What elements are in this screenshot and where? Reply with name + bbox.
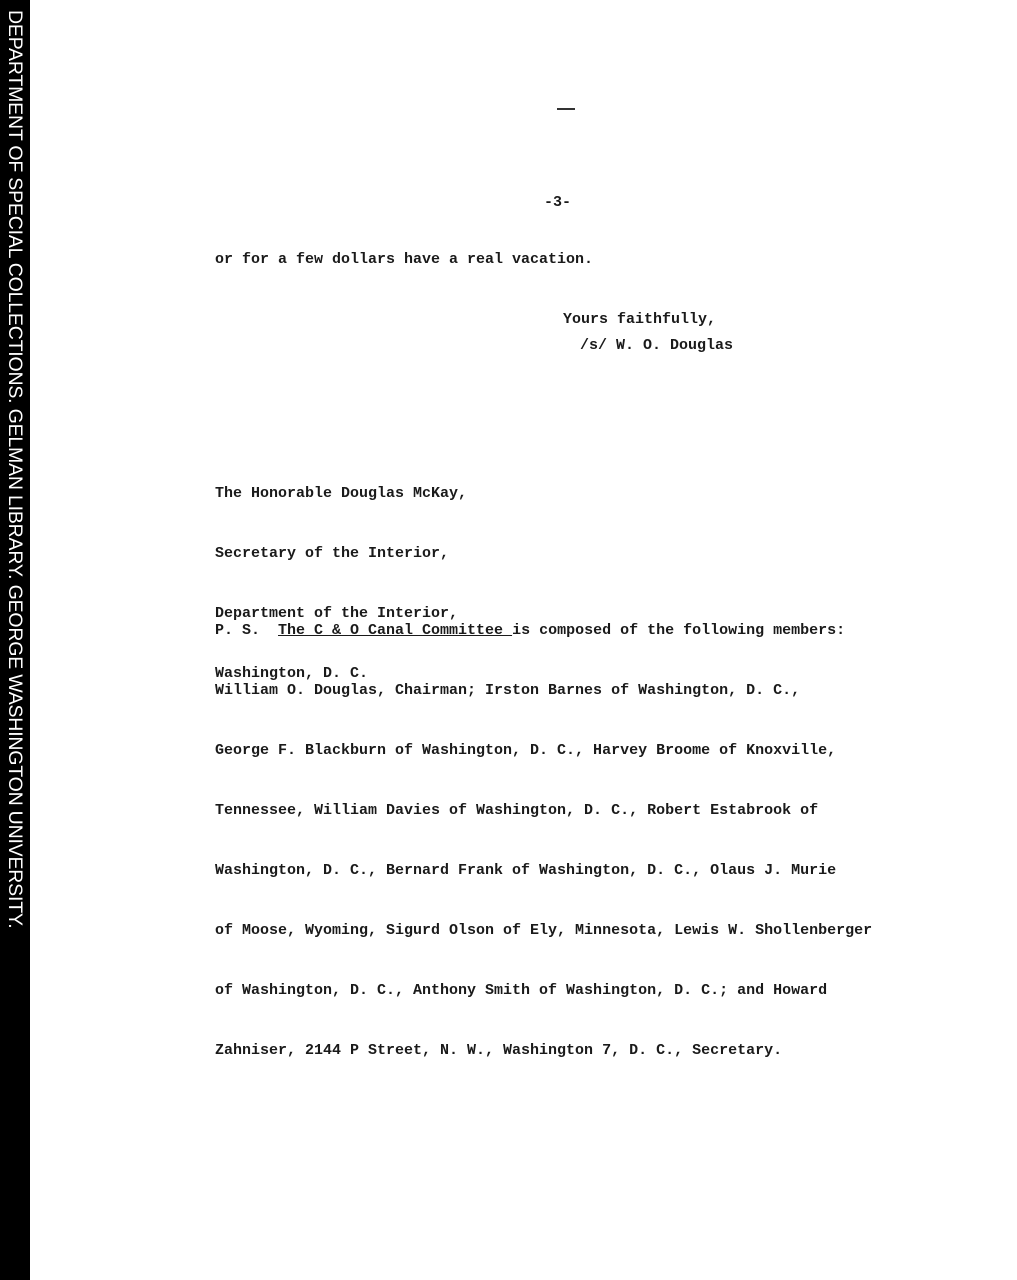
postscript-line: William O. Douglas, Chairman; Irston Bar…	[215, 681, 872, 701]
postscript-first-line: P. S. The C & O Canal Committee is compo…	[215, 621, 872, 641]
postscript-line: Washington, D. C., Bernard Frank of Wash…	[215, 861, 872, 881]
addressee-line: Secretary of the Interior,	[215, 544, 467, 564]
signature: /s/ W. O. Douglas	[580, 337, 733, 354]
ps-prefix: P. S.	[215, 622, 278, 639]
stray-mark	[557, 108, 575, 110]
addressee-line: The Honorable Douglas McKay,	[215, 484, 467, 504]
postscript-line: Tennessee, William Davies of Washington,…	[215, 801, 872, 821]
ps-first-line-rest: is composed of the following members:	[512, 622, 845, 639]
salutation: Yours faithfully,	[563, 311, 716, 328]
postscript-line: of Washington, D. C., Anthony Smith of W…	[215, 981, 872, 1001]
archive-credit: DEPARTMENT OF SPECIAL COLLECTIONS. GELMA…	[3, 10, 27, 928]
committee-name: The C & O Canal Committee	[278, 622, 512, 639]
archive-sidebar: DEPARTMENT OF SPECIAL COLLECTIONS. GELMA…	[0, 0, 30, 1280]
postscript-line: George F. Blackburn of Washington, D. C.…	[215, 741, 872, 761]
postscript-line: of Moose, Wyoming, Sigurd Olson of Ely, …	[215, 921, 872, 941]
page-number: -3-	[544, 194, 571, 211]
postscript-line: Zahniser, 2144 P Street, N. W., Washingt…	[215, 1041, 872, 1061]
postscript: P. S. The C & O Canal Committee is compo…	[215, 581, 872, 1081]
closing-line: or for a few dollars have a real vacatio…	[215, 251, 593, 268]
